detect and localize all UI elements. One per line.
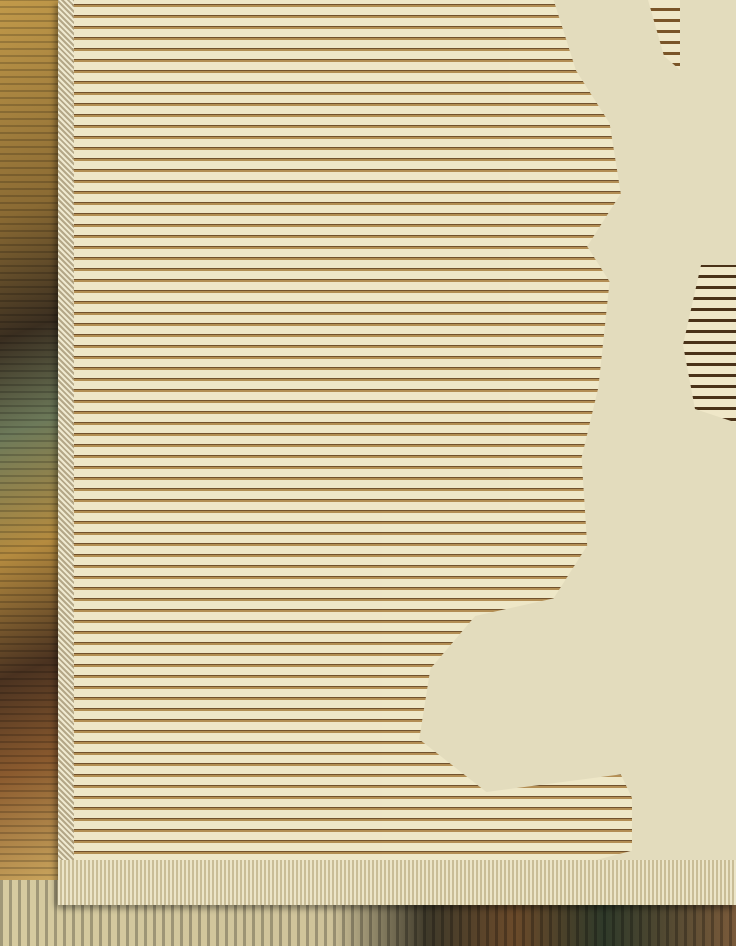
overcast-side-edge: [58, 0, 74, 905]
folded-rug-corner: [58, 0, 736, 905]
rug-bottom-edge: [58, 860, 736, 905]
rug-photo: [0, 0, 736, 946]
brown-knotted-field: [72, 0, 632, 880]
